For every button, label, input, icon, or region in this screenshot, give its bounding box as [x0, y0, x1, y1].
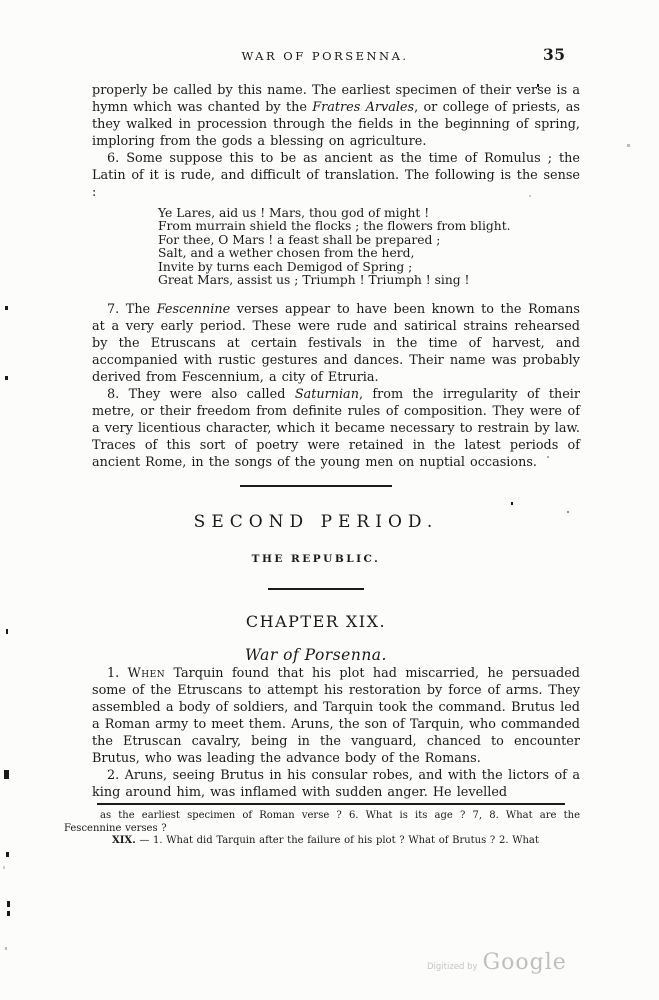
scan-artifact: [4, 770, 9, 779]
text-run: 7. The: [107, 302, 157, 317]
verse-line: Invite by turns each Demigod of Spring ;: [158, 261, 580, 274]
text-run: When: [128, 666, 165, 681]
paragraph-2: 2. Aruns, seeing Brutus in his consular …: [92, 767, 580, 801]
scan-artifact: [567, 511, 569, 513]
paragraph-6: 6. Some suppose this to be as ancient as…: [92, 150, 580, 201]
period-subheading: THE REPUBLIC.: [92, 553, 540, 566]
running-head: WAR OF PORSENNA.: [92, 49, 558, 63]
chapter-subtitle: War of Porsenna.: [92, 646, 540, 665]
scan-artifact: [5, 306, 8, 310]
scan-artifact: [7, 901, 10, 907]
verse-line: Great Mars, assist us ; Triumph ! Triump…: [158, 274, 580, 287]
google-logo: Google: [483, 950, 567, 975]
text-run: 8. They were also called: [107, 387, 295, 402]
digitized-by-label: Digitized by: [427, 962, 478, 972]
text-run: XIX.: [112, 835, 136, 846]
scan-artifact: [7, 911, 10, 916]
footnotes: as the earliest specimen of Roman verse …: [92, 810, 580, 847]
scan-artifact: [529, 195, 531, 197]
footnote-line: Fescennine verses ?: [64, 823, 580, 835]
chapter-divider: [268, 588, 364, 590]
text-column: properly be called by this name. The ear…: [92, 82, 580, 848]
scan-artifact: [511, 502, 513, 505]
paragraph-1: 1. When Tarquin found that his plot had …: [92, 665, 580, 767]
scan-artifact: [6, 629, 8, 634]
footnote-rule: [97, 803, 565, 805]
text-run: 1.: [107, 666, 128, 681]
footnote-line: as the earliest specimen of Roman verse …: [100, 810, 580, 822]
paragraph-intro: properly be called by this name. The ear…: [92, 82, 580, 150]
scan-artifact: [5, 947, 7, 950]
scan-artifact: [5, 376, 8, 380]
scan-artifact: [6, 852, 9, 857]
period-heading: SECOND PERIOD.: [92, 513, 540, 532]
book-page: WAR OF PORSENNA. 35 properly be called b…: [0, 0, 659, 1000]
verse-line: From murrain shield the flocks ; the flo…: [158, 220, 580, 233]
paragraph-8: 8. They were also called Saturnian, from…: [92, 386, 580, 471]
scan-artifact: [627, 144, 630, 147]
google-watermark: Digitized by Google: [427, 950, 567, 975]
page-number: 35: [543, 45, 566, 64]
section-divider: [240, 485, 392, 487]
verse-line: Ye Lares, aid us ! Mars, thou god of mig…: [158, 207, 580, 220]
verse-line: Salt, and a wether chosen from the herd,: [158, 247, 580, 260]
verse-block: Ye Lares, aid us ! Mars, thou god of mig…: [158, 207, 580, 287]
verse-line: For thee, O Mars ! a feast shall be prep…: [158, 234, 580, 247]
text-run: Fratres Arvales: [312, 100, 414, 115]
text-run: Saturnian: [295, 387, 359, 402]
text-run: Fescennine: [157, 302, 230, 317]
footnote-line: XIX. — 1. What did Tarquin after the fai…: [92, 835, 580, 847]
text-run: Tarquin found that his plot had miscarri…: [92, 666, 580, 766]
paragraph-7: 7. The Fescennine verses appear to have …: [92, 301, 580, 386]
scan-artifact: [3, 866, 5, 869]
text-run: — 1. What did Tarquin after the failure …: [136, 835, 539, 846]
scan-artifact: [537, 84, 539, 87]
scan-artifact: [547, 456, 549, 458]
chapter-heading: CHAPTER XIX.: [92, 612, 540, 631]
